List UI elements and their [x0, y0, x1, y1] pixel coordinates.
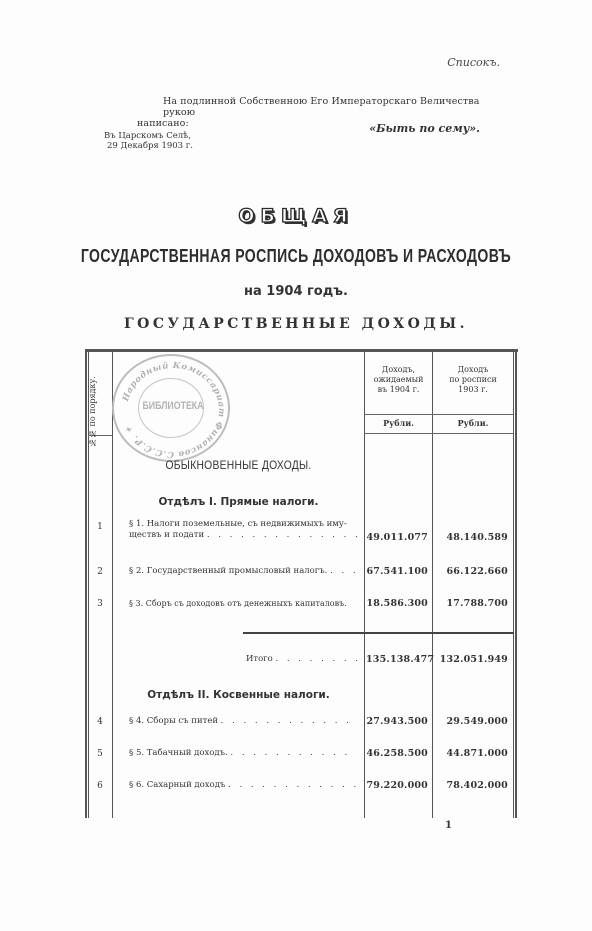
row-description: § 2. Государственный промысловый налогъ.… — [129, 566, 361, 577]
document-page: Списокъ. На подлинной Собственною Его Им… — [0, 0, 592, 931]
corner-label: Списокъ. — [440, 56, 500, 69]
department-1-heading: Отдѣлъ I. Прямые налоги. — [113, 496, 364, 508]
expected-column-header: Доходъ, ожидаемый въ 1904 г. — [365, 365, 432, 395]
prior-value: 78.402.000 — [434, 780, 508, 791]
prior-value: 44.871.000 — [434, 748, 508, 759]
prior-value: 17.788.700 — [434, 598, 508, 609]
row-description-line-1: § 1. Налоги поземельные, съ недвижимыхъ … — [129, 519, 361, 530]
prior-value: 66.122.660 — [434, 566, 508, 577]
expected-value: 79.220.000 — [366, 780, 428, 791]
expected-header-line-3: въ 1904 г. — [365, 385, 432, 395]
expected-value: 67.541.100 — [366, 566, 428, 577]
subtotal-rule — [243, 632, 514, 634]
row-description-text: § 3. Сборъ съ доходовъ отъ денежныхъ кап… — [129, 599, 347, 608]
prior-value: 29.549.000 — [434, 716, 508, 727]
subtotal-label: Итого . . . . . . . . — [243, 654, 361, 665]
leader-dots: . . . — [330, 566, 359, 576]
expected-value: 46.258.500 — [366, 748, 428, 759]
prior-header-line-2: по росписи — [433, 375, 513, 385]
main-title: ГОСУДАРСТВЕННАЯ РОСПИСЬ ДОХОДОВЪ И РАСХО… — [65, 246, 527, 267]
prior-header-line-3: 1903 г. — [433, 385, 513, 395]
row-number: 6 — [88, 781, 112, 791]
table-right-border-inner — [513, 350, 514, 818]
row-number: 1 — [88, 522, 112, 532]
row-description: § 6. Сахарный доходъ . . . . . . . . . .… — [129, 780, 361, 791]
row-description-text: § 2. Государственный промысловый налогъ. — [129, 566, 327, 576]
date: 29 Декабря 1903 г. — [104, 142, 214, 152]
expected-value: 49.011.077 — [366, 532, 428, 543]
leader-dots: . . . . . . . . — [275, 654, 361, 664]
preamble-line-2: написано: — [137, 118, 189, 129]
row-description-text: § 5. Табачный доходъ. — [129, 748, 228, 758]
row-description-text: ществъ и подати — [129, 530, 204, 540]
subtotal-prior: 132.051.949 — [434, 654, 508, 665]
table-left-border — [85, 350, 87, 818]
table-top-rule — [85, 349, 518, 352]
row-number: 3 — [88, 599, 112, 609]
column-header-rule — [364, 414, 514, 415]
row-description-text: § 6. Сахарный доходъ — [129, 780, 225, 790]
table-right-border — [515, 350, 517, 818]
page-number: 1 — [445, 820, 452, 831]
expected-value: 27.943.500 — [366, 716, 428, 727]
row-number: 4 — [88, 717, 112, 727]
expected-header-line-1: Доходъ, — [365, 365, 432, 375]
row-description: § 3. Сборъ съ доходовъ отъ денежныхъ кап… — [129, 598, 363, 609]
expected-value: 18.586.300 — [366, 598, 428, 609]
row-description-line-2: ществъ и подати . . . . . . . . . . . . … — [129, 530, 361, 541]
prior-value: 48.140.589 — [434, 532, 508, 543]
preamble-line-1: На подлинной Собственною Его Императорск… — [137, 96, 509, 118]
prior-column-header: Доходъ по росписи 1903 г. — [433, 365, 513, 395]
place-and-date: Въ Царскомъ Селѣ, 29 Декабря 1903 г. — [104, 132, 214, 151]
row-number: 2 — [88, 567, 112, 577]
row-description: § 5. Табачный доходъ. . . . . . . . . . … — [129, 748, 361, 759]
prior-header-line-1: Доходъ — [433, 365, 513, 375]
department-2-heading: Отдѣлъ II. Косвенные налоги. — [113, 689, 364, 701]
leader-dots: . . . . . . . . . . . . — [221, 716, 352, 726]
leader-dots: . . . . . . . . . . . . — [228, 780, 359, 790]
number-column-header: №№ по порядку. — [88, 372, 108, 452]
expected-header-line-2: ожидаемый — [365, 375, 432, 385]
row-description: § 1. Налоги поземельные, съ недвижимыхъ … — [129, 519, 361, 541]
ornamental-title: ОБЩАЯ — [0, 205, 592, 227]
prior-units: Рубли. — [433, 418, 513, 428]
section-title: ГОСУДАРСТВЕННЫЕ ДОХОДЫ. — [0, 316, 592, 332]
stamp-center-text: БИБЛИОТЕКА — [140, 400, 206, 412]
units-rule — [364, 433, 514, 434]
row-description-text: § 4. Сборы съ питей — [129, 716, 218, 726]
subtotal-text: Итого — [246, 654, 273, 664]
row-description: § 4. Сборы съ питей . . . . . . . . . . … — [129, 716, 361, 727]
imperial-resolution: «Быть по сему». — [330, 122, 480, 135]
row-number: 5 — [88, 749, 112, 759]
leader-dots: . . . . . . . . . . . — [230, 748, 350, 758]
subtotal-expected: 135.138.477 — [366, 654, 430, 665]
title-year: на 1904 годъ. — [0, 284, 592, 299]
leader-dots: . . . . . . . . . . . . . . — [207, 530, 361, 540]
number-column-divider — [112, 352, 113, 818]
expected-units: Рубли. — [365, 418, 432, 428]
ordinary-revenues-heading: ОБЫКНОВЕННЫЕ ДОХОДЫ. — [131, 458, 347, 472]
library-stamp: Народный Комиссариат Финансов С.С.С.Р. ✦… — [112, 354, 230, 462]
